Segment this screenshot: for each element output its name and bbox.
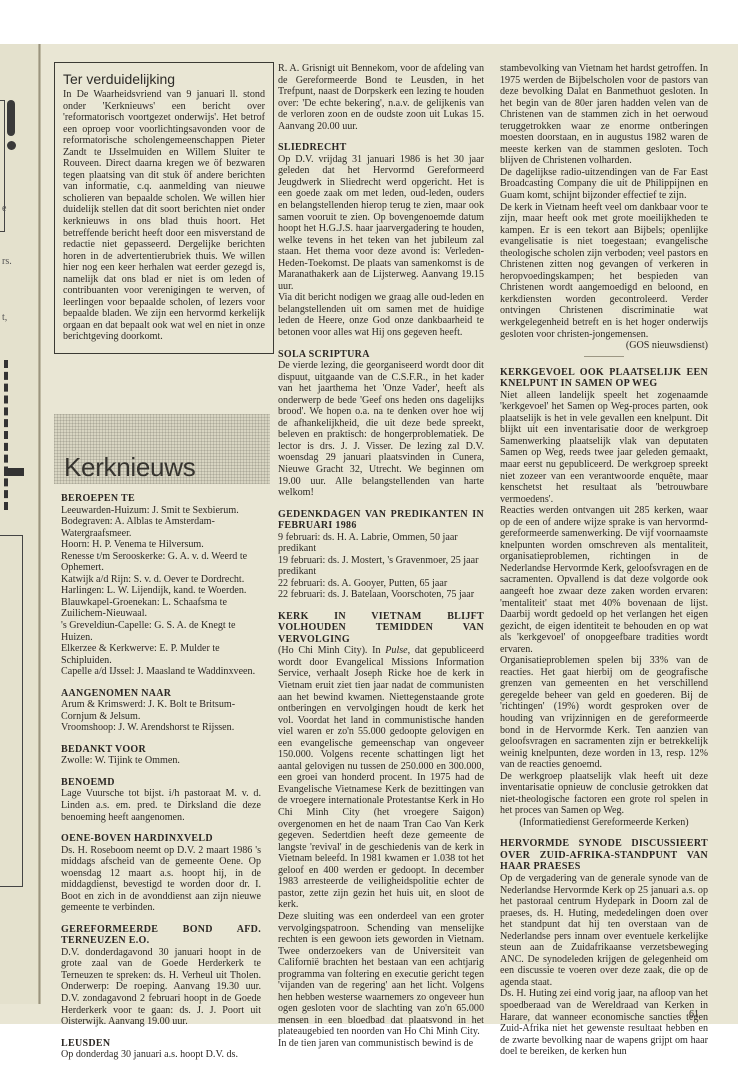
adjacent-text-fragment: rs. <box>2 256 12 267</box>
page-fold-line <box>38 44 41 1004</box>
article-credit: (GOS nieuwsdienst) <box>500 340 708 352</box>
notice-body: In De Waarheidsvriend van 9 januari ll. … <box>63 89 265 343</box>
section-heading: GEDENKDAGEN VAN PREDIKANTEN IN FEBRUARI … <box>278 509 484 532</box>
list-item: 22 februari: ds. J. Batelaan, Voorschote… <box>278 589 484 601</box>
column-2: R. A. Grisnigt uit Bennekom, voor de afd… <box>278 63 484 1050</box>
adjacent-page-dashed-line <box>4 360 12 510</box>
article-body: Op donderdag 30 januari a.s. hoopt D.V. … <box>61 1049 261 1061</box>
article-body: Deze sluiting was een onderdeel van een … <box>278 911 484 1038</box>
list-item: Zwolle: W. Tijink te Ommen. <box>61 755 261 767</box>
section-heading: BEDANKT VOOR <box>61 744 261 756</box>
section-masthead: Kerknieuws <box>54 414 270 484</box>
list-item: Elkerzee & Kerkwerve: E. P. Mulder te Sc… <box>61 643 261 666</box>
article-body: Lage Vuursche tot bijst. i/h pastoraat M… <box>61 788 261 823</box>
divider <box>584 356 624 357</box>
list-item: Renesse t/m Serooskerke: G. A. v. d. Wee… <box>61 551 261 574</box>
adjacent-page-box <box>0 535 23 887</box>
section-heading: KERK IN VIETNAM BLIJFT VOLHOUDEN TEMIDDE… <box>278 611 484 646</box>
article-body: De dagelijkse radio-uitzendingen van de … <box>500 167 708 202</box>
article-body: Ds. H. Huting zei eind vorig jaar, na af… <box>500 988 708 1057</box>
list-item: Vroomshoop: J. W. Arendshorst te Rijssen… <box>61 722 261 734</box>
article-credit: (Informatiedienst Gereformeerde Kerken) <box>500 817 708 829</box>
exclamation-icon <box>7 100 15 136</box>
page-number: 61 <box>689 1009 699 1020</box>
list-item: Blauwkapel-Groenekan: L. Schaafsma te Zu… <box>61 597 261 620</box>
section-heading: GEREFORMEERDE BOND AFD. TERNEUZEN E.O. <box>61 924 261 947</box>
list-item: Katwijk a/d Rijn: S. v. d. Oever te Dord… <box>61 574 261 586</box>
article-body: D.V. donderdagavond 30 januari hoopt in … <box>61 947 261 1028</box>
article-body: Via dit bericht nodigen we graag alle ou… <box>278 292 484 338</box>
list-item: Harlingen: L. W. Lijendijk, kand. te Woe… <box>61 585 261 597</box>
article-body: R. A. Grisnigt uit Bennekom, voor de afd… <box>278 63 484 132</box>
section-heading: BEROEPEN TE <box>61 493 261 505</box>
section-heading: BENOEMD <box>61 777 261 789</box>
adjacent-text-fragment: e <box>2 203 6 214</box>
article-body: De vierde lezing, die georganiseerd word… <box>278 360 484 499</box>
list-item: 19 februari: ds. J. Mostert, 's Gravenmo… <box>278 555 484 578</box>
article-body: Op D.V. vrijdag 31 januari 1986 is het 3… <box>278 154 484 293</box>
publication-name: Pulse <box>385 645 407 656</box>
text-run: , dat gepubliceerd wordt door Evangelica… <box>278 645 484 910</box>
article-body: De kerk in Vietnam heeft veel om dankbaa… <box>500 202 708 341</box>
list-item: Arum & Krimswerd: J. K. Bolt te Britsum-… <box>61 699 261 722</box>
beroepen-list: Leeuwarden-Huizum: J. Smit te Sexbierum.… <box>61 505 261 678</box>
adjacent-page-bar <box>4 468 24 476</box>
column-3: stambevolking van Vietnam het hardst get… <box>500 63 708 1058</box>
section-heading: SOLA SCRIPTURA <box>278 349 484 361</box>
list-item: Leeuwarden-Huizum: J. Smit te Sexbierum. <box>61 505 261 517</box>
list-item: 22 februari: ds. A. Gooyer, Putten, 65 j… <box>278 578 484 590</box>
section-heading: LEUSDEN <box>61 1038 261 1050</box>
article-body: Op de vergadering van de generale synode… <box>500 873 708 988</box>
list-item: Capelle a/d IJssel: J. Maasland te Waddi… <box>61 666 261 678</box>
article-body: In de tien jaren van communistisch bewin… <box>278 1038 484 1050</box>
list-item: 's Greveldiun-Capelle: G. S. A. de Knegt… <box>61 620 261 643</box>
adjacent-text-fragment: t, <box>2 312 7 323</box>
list-item: Bodegraven: A. Alblas te Amsterdam-Water… <box>61 516 261 539</box>
list-item: 9 februari: ds. H. A. Labrie, Ommen, 50 … <box>278 532 484 555</box>
text-run: (Ho Chi Minh City). In <box>278 645 385 656</box>
notice-box: Ter verduidelijking In De Waarheidsvrien… <box>54 62 274 354</box>
list-item: Hoorn: H. P. Venema te Hilversum. <box>61 539 261 551</box>
section-title: Kerknieuws <box>64 462 195 474</box>
section-heading: HERVORMDE SYNODE DISCUSSIEERT OVER ZUID-… <box>500 838 708 873</box>
column-1: Ter verduidelijking In De Waarheidsvrien… <box>61 62 261 1061</box>
article-body: stambevolking van Vietnam het hardst get… <box>500 63 708 167</box>
article-body: Ds. H. Roseboom neemt op D.V. 2 maart 19… <box>61 845 261 914</box>
article-body: De werkgroep plaatselijk vlak heeft uit … <box>500 771 708 817</box>
exclamation-dot-icon <box>7 141 16 150</box>
section-heading: OENE-BOVEN HARDINXVELD <box>61 833 261 845</box>
section-heading: KERKGEVOEL OOK PLAATSELIJK EEN KNELPUNT … <box>500 367 708 390</box>
notice-title: Ter verduidelijking <box>63 71 265 87</box>
article-body: (Ho Chi Minh City). In Pulse, dat gepubl… <box>278 645 484 911</box>
article-body: Reacties werden ontvangen uit 285 kerken… <box>500 505 708 655</box>
article-body: Organisatieproblemen spelen bij 33% van … <box>500 655 708 770</box>
section-heading: SLIEDRECHT <box>278 142 484 154</box>
article-body: Niet alleen landelijk speelt het zogenaa… <box>500 390 708 505</box>
section-heading: AANGENOMEN NAAR <box>61 688 261 700</box>
